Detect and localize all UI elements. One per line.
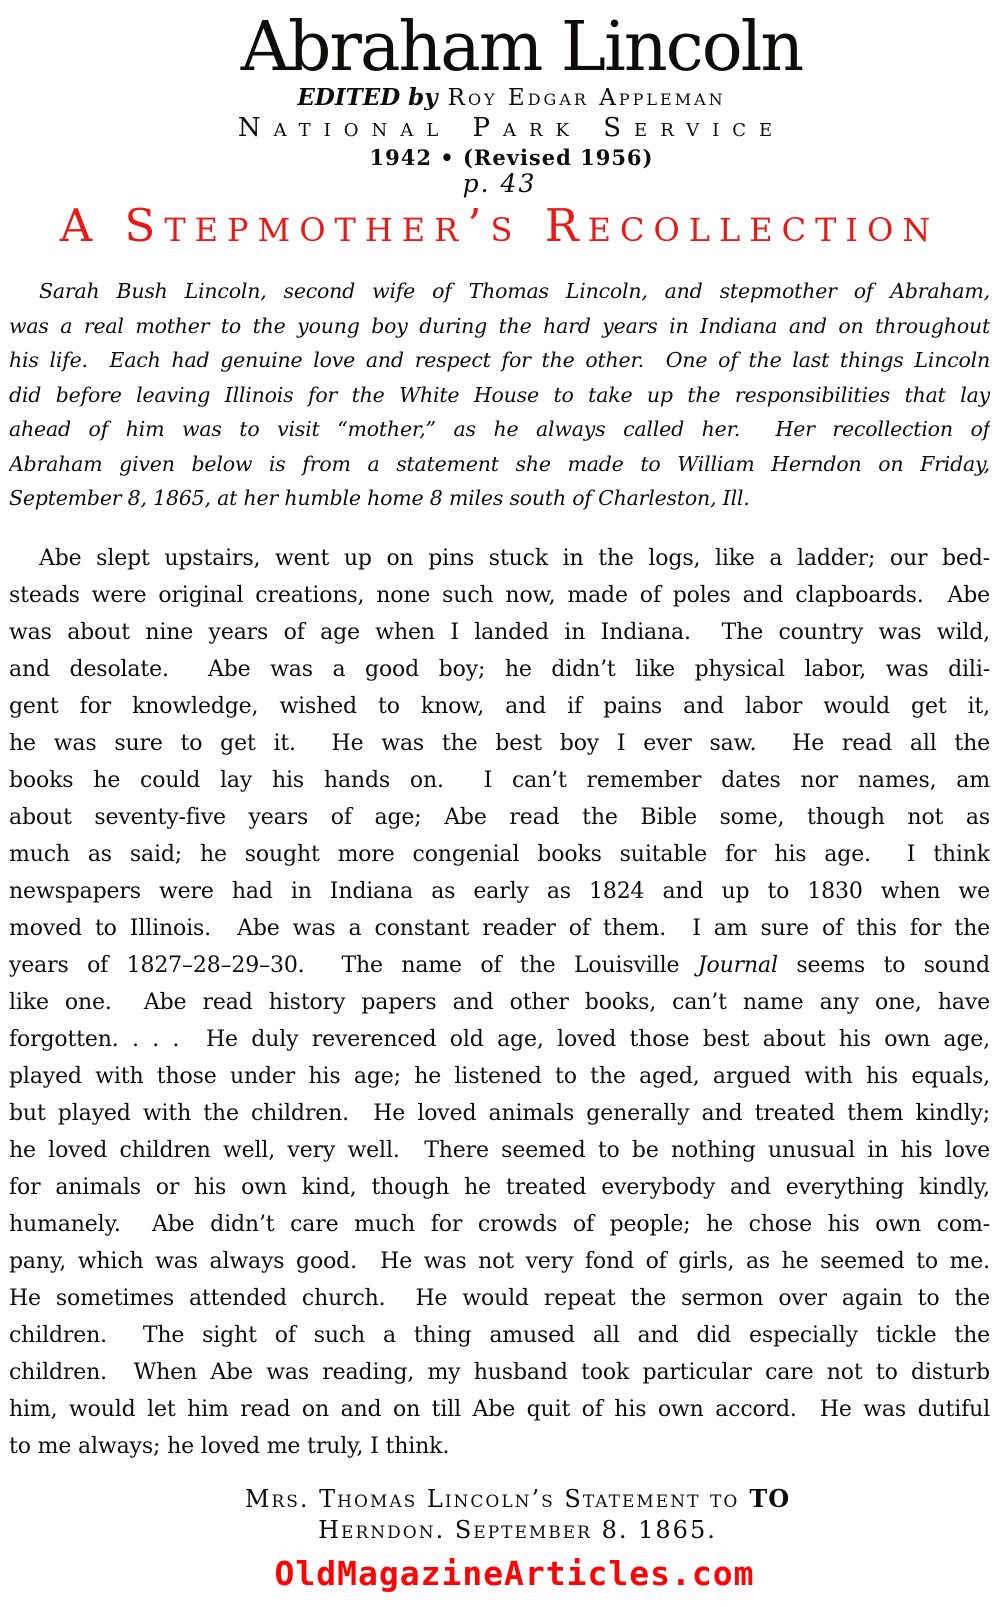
intro-paragraph: Sarah Bush Lincoln, second wife of Thoma… (9, 274, 990, 516)
text-line: did before leaving Illinois for the Whit… (9, 378, 990, 413)
text-line: September 8, 1865, at her humble home 8 … (9, 481, 990, 516)
text-line: was about nine years of age when I lande… (9, 614, 990, 651)
editor-name: Roy Edgar Appleman (448, 85, 726, 111)
text-line: forgotten. . . . He duly reverenced old … (9, 1021, 990, 1058)
edited-prefix: EDITED by (297, 84, 437, 111)
text-line: like one. Abe read history papers and ot… (9, 984, 990, 1021)
text-line: his life. Each had genuine love and resp… (9, 343, 990, 378)
citation-line-2: Herndon. September 8. 1865. (18, 1515, 999, 1546)
citation: Mrs. Thomas Lincoln’s Statement toTO Her… (18, 1483, 999, 1546)
text-line: but played with the children. He loved a… (9, 1095, 990, 1132)
site-watermark: OldMagazineArticles.com (15, 1554, 999, 1594)
text-line: gent for knowledge, wished to know, and … (9, 688, 990, 725)
organization-line: National Park Service (12, 112, 999, 144)
text-segment: years of 1827–28–29–30. The name of the … (9, 953, 698, 978)
text-line: moved to Illinois. Abe was a constant re… (9, 910, 990, 947)
text-line: newspapers were had in Indiana as early … (9, 873, 990, 910)
text-line: humanely. Abe didn’t care much for crowd… (9, 1206, 990, 1243)
text-line: books he could lay his hands on. I can’t… (9, 762, 990, 799)
text-line: played with those under his age; he list… (9, 1058, 990, 1095)
text-line: was a real mother to the young boy durin… (9, 309, 990, 344)
page-number: p. 43 (0, 170, 999, 198)
text-line: Sarah Bush Lincoln, second wife of Thoma… (9, 274, 990, 309)
page: Abraham Lincoln EDITED byRoy Edgar Apple… (0, 0, 999, 1607)
citation-extra-to: TO (749, 1484, 790, 1513)
text-line: he loved children well, very well. There… (9, 1132, 990, 1169)
text-line: Abe slept upstairs, went up on pins stuc… (9, 540, 990, 577)
text-line: about seventy-five years of age; Abe rea… (9, 799, 990, 836)
text-line: he was sure to get it. He was the best b… (9, 725, 990, 762)
text-line: Abraham given below is from a statement … (9, 447, 990, 482)
text-line: steads were original creations, none suc… (9, 577, 990, 614)
text-line: children. The sight of such a thing amus… (9, 1317, 990, 1354)
text-line: years of 1827–28–29–30. The name of the … (9, 947, 990, 984)
text-line: pany, which was always good. He was not … (9, 1243, 990, 1280)
article-title: A Stepmother’s Recollection (0, 198, 999, 254)
italic-word: Journal (698, 953, 778, 978)
masthead: Abraham Lincoln EDITED byRoy Edgar Apple… (0, 12, 999, 170)
text-line: for animals or his own kind, though he t… (9, 1169, 990, 1206)
text-line: ahead of him was to visit “mother,” as h… (9, 412, 990, 447)
text-segment: seems to sound (778, 953, 990, 978)
text-line: him, would let him read on and on till A… (9, 1391, 990, 1428)
text-line: much as said; he sought more congenial b… (9, 836, 990, 873)
text-line: He sometimes attended church. He would r… (9, 1280, 990, 1317)
text-line: children. When Abe was reading, my husba… (9, 1354, 990, 1391)
edited-line: EDITED byRoy Edgar Appleman (12, 84, 999, 112)
body-paragraph: Abe slept upstairs, went up on pins stuc… (9, 540, 990, 1465)
citation-line-1: Mrs. Thomas Lincoln’s Statement toTO (18, 1483, 999, 1515)
text-line: and desolate. Abe was a good boy; he did… (9, 651, 990, 688)
book-title: Abraham Lincoln (22, 12, 999, 84)
text-line: to me always; he loved me truly, I think… (9, 1428, 990, 1465)
citation-line-1-text: Mrs. Thomas Lincoln’s Statement to (245, 1485, 739, 1513)
edition-line: 1942 • (Revised 1956) (12, 146, 999, 170)
